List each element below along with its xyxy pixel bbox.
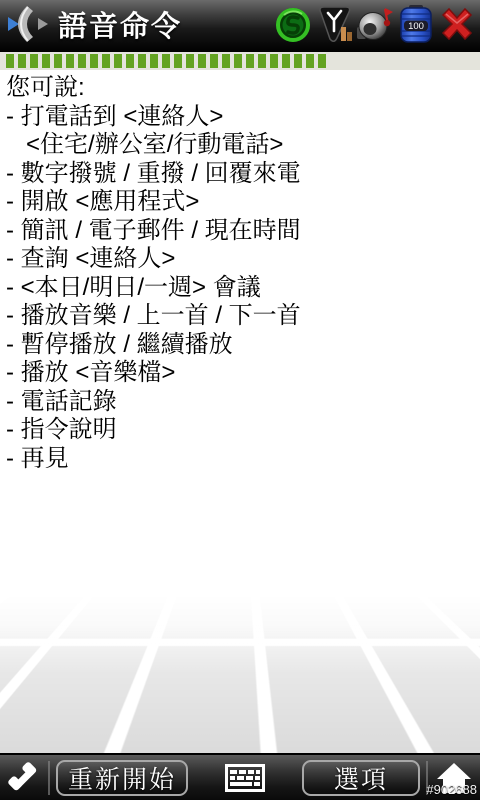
close-icon[interactable] — [438, 3, 476, 45]
watermark-label: #902688 — [426, 782, 477, 797]
tiled-floor-background — [0, 575, 480, 753]
phone-icon — [7, 761, 41, 795]
command-line: - 播放音樂 / 上一首 / 下一首 — [6, 302, 478, 331]
command-line: - 指令說明 — [6, 416, 478, 445]
phone-button[interactable] — [0, 755, 48, 800]
title-bar: 語音命令 — [0, 0, 480, 52]
options-button[interactable]: 選項 — [302, 760, 420, 796]
command-line: - 再見 — [6, 445, 478, 474]
voice-level-fill — [6, 54, 328, 68]
command-line: - 打電話到 <連絡人> — [6, 103, 478, 132]
command-line: - 播放 <音樂檔> — [6, 359, 478, 388]
command-line: - 電話記錄 — [6, 388, 478, 417]
keyboard-icon — [225, 764, 265, 792]
battery-level-label: 100 — [408, 21, 424, 32]
bottom-toolbar: 重新開始 選項 #902688 — [0, 753, 480, 800]
voice-command-icon — [6, 4, 52, 44]
command-line: - 數字撥號 / 重撥 / 回覆來電 — [6, 160, 478, 189]
command-line: - 簡訊 / 電子郵件 / 現在時間 — [6, 217, 478, 246]
voice-command-screen: 語音命令 — [0, 0, 480, 800]
command-line: - 開啟 <應用程式> — [6, 188, 478, 217]
keyboard-button[interactable] — [225, 755, 265, 800]
command-line: 您可說: — [6, 74, 478, 103]
page-title: 語音命令 — [58, 4, 271, 45]
signal-icon — [315, 3, 353, 45]
command-line: - <本日/明日/一週> 會議 — [6, 274, 478, 303]
speaker-icon — [356, 3, 394, 45]
restart-button[interactable]: 重新開始 — [56, 760, 188, 796]
command-line: - 暫停播放 / 繼續播放 — [6, 331, 478, 360]
toolbar-divider — [48, 761, 50, 795]
sync-icon — [274, 3, 312, 45]
command-line: - 查詢 <連絡人> — [6, 245, 478, 274]
voice-level-bar — [0, 52, 480, 70]
status-icon-tray: 100 — [271, 3, 476, 45]
floor-fade-overlay — [0, 575, 480, 753]
battery-icon: 100 — [397, 3, 435, 45]
command-line: <住宅/辦公室/行動電話> — [6, 131, 478, 160]
command-list: 您可說:- 打電話到 <連絡人> <住宅/辦公室/行動電話>- 數字撥號 / 重… — [0, 72, 480, 473]
